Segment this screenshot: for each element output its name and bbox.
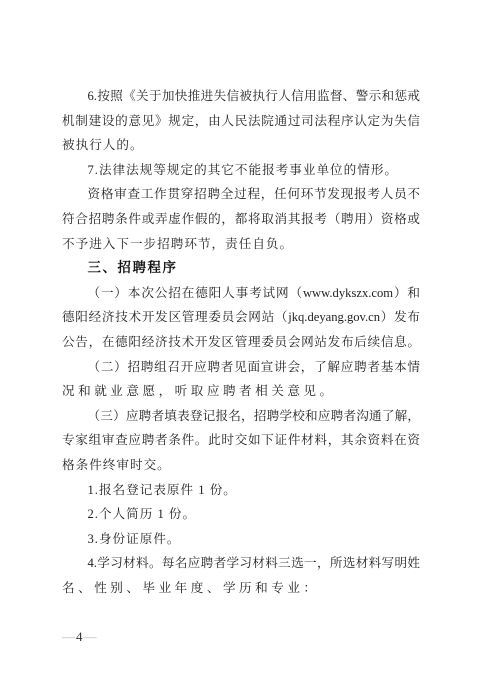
document-line: 6.按照《关于加快推进失信被执行人信用监督、警示和惩戒: [62, 84, 420, 109]
footer-dash-right: —: [84, 629, 97, 644]
document-line: （三）应聘者填表登记报名，招聘学校和应聘者沟通了解，: [62, 404, 420, 429]
page-number: 4: [75, 629, 84, 644]
document-line: 资格审查工作贯穿招聘全过程，任何环节发现报考人员不: [62, 182, 420, 207]
document-line: 公告，在德阳经济技术开发区管理委员会网站发布后续信息。: [62, 330, 420, 355]
document-line: 德阳经济技术开发区管理委员会网站（jkq.deyang.gov.cn）发布: [62, 305, 420, 330]
page-footer: —4—: [62, 629, 97, 645]
document-line: 被执行人的。: [62, 133, 420, 158]
document-line: 2.个人简历 1 份。: [62, 502, 420, 527]
document-line: 机制建设的意见》规定，由人民法院通过司法程序认定为失信: [62, 109, 420, 134]
document-line: （二）招聘组召开应聘者见面宣讲会，了解应聘者基本情: [62, 355, 420, 380]
section-heading: 三、招聘程序: [62, 256, 420, 281]
document-line: 专家组审查应聘者条件。此时交如下证件材料，其余资料在资: [62, 428, 420, 453]
document-line: 4.学习材料。每名应聘者学习材料三选一，所选材料写明姓: [62, 551, 420, 576]
footer-dash-left: —: [62, 629, 75, 644]
document-line: （一）本次公招在德阳人事考试网（www.dykszx.com）和: [62, 281, 420, 306]
document-page: 6.按照《关于加快推进失信被执行人信用监督、警示和惩戒 机制建设的意见》规定，由…: [0, 0, 482, 682]
document-line: 1.报名登记表原件 1 份。: [62, 478, 420, 503]
document-body: 6.按照《关于加快推进失信被执行人信用监督、警示和惩戒 机制建设的意见》规定，由…: [62, 84, 420, 600]
document-line: 不予进入下一步招聘环节，责任自负。: [62, 232, 420, 257]
document-line: 况和就业意愿，听取应聘者相关意见。: [62, 379, 420, 404]
document-line: 3.身份证原件。: [62, 527, 420, 552]
document-line: 符合招聘条件或弄虚作假的，都将取消其报考（聘用）资格或: [62, 207, 420, 232]
document-line: 7.法律法规等规定的其它不能报考事业单位的情形。: [62, 158, 420, 183]
document-line: 名、性别、毕业年度、学历和专业：: [62, 576, 420, 601]
document-line: 格条件终审时交。: [62, 453, 420, 478]
